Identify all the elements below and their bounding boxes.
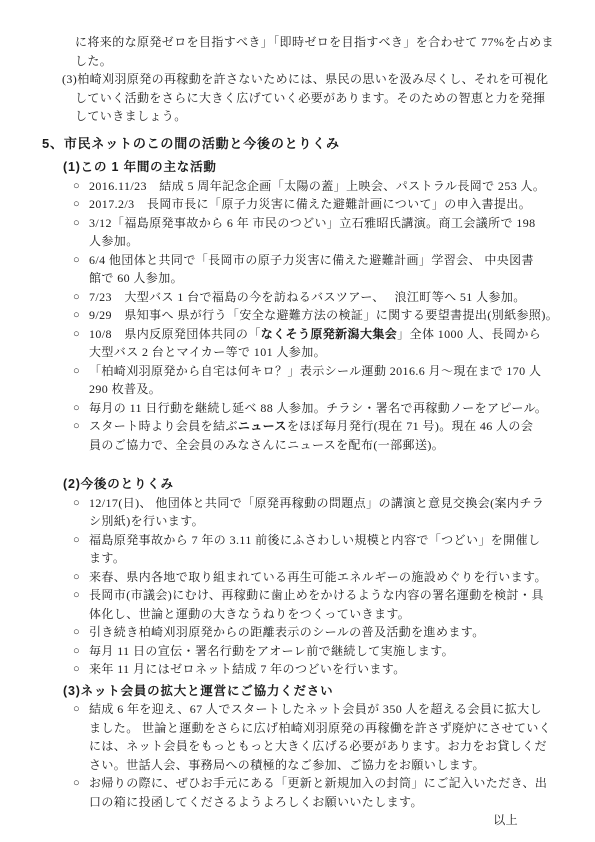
bullet-item: ○ 6/4 他団体と共同で「長岡市の原子力災害に備えた避難計画」学習会、 中央図… <box>73 251 595 270</box>
bullet-text: 10/8 県内反原発団体共同の「なくそう原発新潟大集会」全体 1000 人、長岡… <box>89 325 541 344</box>
text-line: 290 枚普及。 <box>89 380 595 399</box>
bullet-item: ○ 毎月の 11 日行動を継続し延べ 88 人参加。チラシ・署名で再稼動ノーをア… <box>73 399 595 418</box>
circle-bullet-icon: ○ <box>73 306 89 325</box>
bullet-text: 引き続き柏崎刈羽原発からの距離表示のシールの普及活動を進めます。 <box>89 623 485 642</box>
bullet-item: ○ 2017.2/3 長岡市長に「原子力災害に備えた避難計画について」の申入書提… <box>73 195 595 214</box>
text-line: に将来的な原発ゼロを目指すべき」「即時ゼロを目指すべき」を合わせて 77%を占め… <box>75 33 595 52</box>
bullet-text: 7/23 大型バス 1 台で福島の今を訪ねるバスツアー、 浪江町等へ 51 人参… <box>89 288 526 307</box>
text-line: 大型バス 2 台とマイカー等で 101 人参加。 <box>89 343 595 362</box>
circle-bullet-icon: ○ <box>73 586 89 605</box>
text-line: には、ネット会員をもっともっと大きく広げる必要があります。お力をお貸しくだ <box>89 737 595 756</box>
text-line: していく活動をさらに大きく広げていく必要があります。そのための智恵と力を発揮 <box>75 89 595 108</box>
bullet-text: 福島原発事故から 7 年の 3.11 前後にふさわしい規模と内容で「つどい」を開… <box>89 531 540 550</box>
circle-bullet-icon: ○ <box>73 362 89 381</box>
circle-bullet-icon: ○ <box>73 251 89 270</box>
bullet-text: 3/12「福島原発事故から 6 年 市民のつどい」立石雅昭氏講演。商工会議所で … <box>89 214 536 233</box>
text-line: 口の箱に投函してくださるようよろしくお願いいたします。 <box>89 793 595 812</box>
text-line: シ別紙)を行います。 <box>89 512 595 531</box>
bullet-item: ○ お帰りの際に、ぜひお手元にある「更新と新規加入の封筒」にご記入いただき、出 <box>73 774 595 793</box>
bullet-item: ○ 結成 6 年を迎え、67 人でスタートしたネット会員が 350 人を超える会… <box>73 700 595 719</box>
bullet-text: スタート時より会員を結ぶニュースをほぼ毎月発行(現在 71 号)。現在 46 人… <box>89 417 533 436</box>
bullet-item: ○ 9/29 県知事へ 県が行う「安全な避難方法の検証」に関する要望書提出(別紙… <box>73 306 595 325</box>
bullet-item: ○ 毎月 11 日の宣伝・署名行動をアオーレ前で継続して実施します。 <box>73 642 595 661</box>
bullet-item: ○ 12/17(日)、 他団体と共同で「原発再稼動の問題点」の講演と意見交換会(… <box>73 494 595 513</box>
bullet-text: 9/29 県知事へ 県が行う「安全な避難方法の検証」に関する要望書提出(別紙参照… <box>89 306 558 325</box>
circle-bullet-icon: ○ <box>73 494 89 513</box>
bullet-text: 毎月の 11 日行動を継続し延べ 88 人参加。チラシ・署名で再稼動ノーをアピー… <box>89 399 547 418</box>
bullet-item: ○ 3/12「福島原発事故から 6 年 市民のつどい」立石雅昭氏講演。商工会議所… <box>73 214 595 233</box>
text-line: していきましょう。 <box>75 107 595 126</box>
bullet-text-segment: スタート時より会員を結ぶ <box>89 419 238 433</box>
circle-bullet-icon: ○ <box>73 417 89 436</box>
subsection-heading-2: (2)今後のとりくみ <box>63 475 595 494</box>
bullet-text: 12/17(日)、 他団体と共同で「原発再稼動の問題点」の講演と意見交換会(案内… <box>89 494 544 513</box>
subsection-heading-3: (3)ネット会員の拡大と運営にご協力ください <box>63 682 595 701</box>
text-line: ました。 世論と運動をさらに広げ柏崎刈羽原発の再稼働を許さず廃炉にさせていく <box>89 719 595 738</box>
bullet-text-segment: 10/8 県内反原発団体共同の「 <box>89 327 261 341</box>
text-line: さい。世話人会、事務局への積極的なご参加、ご協力をお願いします。 <box>89 756 595 775</box>
circle-bullet-icon: ○ <box>73 531 89 550</box>
bullet-text-segment: をほぼ毎月発行(現在 71 号)。現在 46 人の会 <box>287 419 533 433</box>
circle-bullet-icon: ○ <box>73 288 89 307</box>
circle-bullet-icon: ○ <box>73 214 89 233</box>
text-line: ます。 <box>89 549 595 568</box>
circle-bullet-icon: ○ <box>73 642 89 661</box>
bullet-item: ○ 「柏崎刈羽原発から自宅は何キロ？」表示シール運動 2016.6 月～現在まで… <box>73 362 595 381</box>
circle-bullet-icon: ○ <box>73 623 89 642</box>
bullet-item: ○ 10/8 県内反原発団体共同の「なくそう原発新潟大集会」全体 1000 人、… <box>73 325 595 344</box>
circle-bullet-icon: ○ <box>73 399 89 418</box>
text-line: した。 <box>75 52 595 71</box>
bullet-text-segment: 」全体 1000 人、長岡から <box>397 327 541 341</box>
bullet-text-bold: なくそう原発新潟大集会 <box>261 327 397 341</box>
bullet-text: 2016.11/23 結成 5 周年記念企画「太陽の蓋」上映会、パストラル長岡で… <box>89 177 545 196</box>
bullet-item: ○ 来年 11 月にはゼロネット結成 7 年のつどいを行います。 <box>73 660 595 679</box>
text-line: 員のご協力で、全会員のみなさんにニュースを配布(一部郵送)。 <box>89 436 595 455</box>
bullet-item: ○ 引き続き柏崎刈羽原発からの距離表示のシールの普及活動を進めます。 <box>73 623 595 642</box>
text-line: 人参加。 <box>89 232 595 251</box>
circle-bullet-icon: ○ <box>73 568 89 587</box>
circle-bullet-icon: ○ <box>73 177 89 196</box>
bullet-item: ○ 7/23 大型バス 1 台で福島の今を訪ねるバスツアー、 浪江町等へ 51 … <box>73 288 595 307</box>
subsection-heading-1: (1)この 1 年間の主な活動 <box>63 158 595 177</box>
bullet-text: 来春、県内各地で取り組まれている再生可能エネルギーの施設めぐりを行います。 <box>89 568 547 587</box>
numbered-item-line: (3)柏崎刈羽原発の再稼動を許さないためには、県民の思いを汲み尽くし、それを可視… <box>62 70 595 89</box>
bullet-item: ○ 2016.11/23 結成 5 周年記念企画「太陽の蓋」上映会、パストラル長… <box>73 177 595 196</box>
bullet-item: ○ 長岡市(市議会)にむけ、再稼動に歯止めをかけるような内容の署名運動を検討・具 <box>73 586 595 605</box>
bullet-text: 結成 6 年を迎え、67 人でスタートしたネット会員が 350 人を超える会員に… <box>89 700 542 719</box>
bullet-text-bold: ニュース <box>238 419 287 433</box>
section-heading-5: 5、市民ネットのこの間の活動と今後のとりくみ <box>42 135 595 154</box>
circle-bullet-icon: ○ <box>73 660 89 679</box>
bullet-text: 来年 11 月にはゼロネット結成 7 年のつどいを行います。 <box>89 660 406 679</box>
bullet-text: 6/4 他団体と共同で「長岡市の原子力災害に備えた避難計画」学習会、 中央図書 <box>89 251 534 270</box>
text-line: 体化し、世論と運動の大きなうねりをつくっていきます。 <box>89 605 595 624</box>
circle-bullet-icon: ○ <box>73 195 89 214</box>
circle-bullet-icon: ○ <box>73 774 89 793</box>
bullet-text: お帰りの際に、ぜひお手元にある「更新と新規加入の封筒」にご記入いただき、出 <box>89 774 547 793</box>
bullet-item: ○ 来春、県内各地で取り組まれている再生可能エネルギーの施設めぐりを行います。 <box>73 568 595 587</box>
bullet-text: 2017.2/3 長岡市長に「原子力災害に備えた避難計画について」の申入書提出。 <box>89 195 531 214</box>
bullet-text: 「柏崎刈羽原発から自宅は何キロ？」表示シール運動 2016.6 月～現在まで 1… <box>89 362 541 381</box>
circle-bullet-icon: ○ <box>73 325 89 344</box>
closing-label: 以上 <box>0 811 518 830</box>
text-line: 館で 60 人参加。 <box>89 269 595 288</box>
bullet-text: 毎月 11 日の宣伝・署名行動をアオーレ前で継続して実施します。 <box>89 642 454 661</box>
document-page: に将来的な原発ゼロを目指すべき」「即時ゼロを目指すべき」を合わせて 77%を占め… <box>0 0 595 842</box>
circle-bullet-icon: ○ <box>73 700 89 719</box>
bullet-text: 長岡市(市議会)にむけ、再稼動に歯止めをかけるような内容の署名運動を検討・具 <box>89 586 544 605</box>
bullet-item: ○ スタート時より会員を結ぶニュースをほぼ毎月発行(現在 71 号)。現在 46… <box>73 417 595 436</box>
bullet-item: ○ 福島原発事故から 7 年の 3.11 前後にふさわしい規模と内容で「つどい」… <box>73 531 595 550</box>
